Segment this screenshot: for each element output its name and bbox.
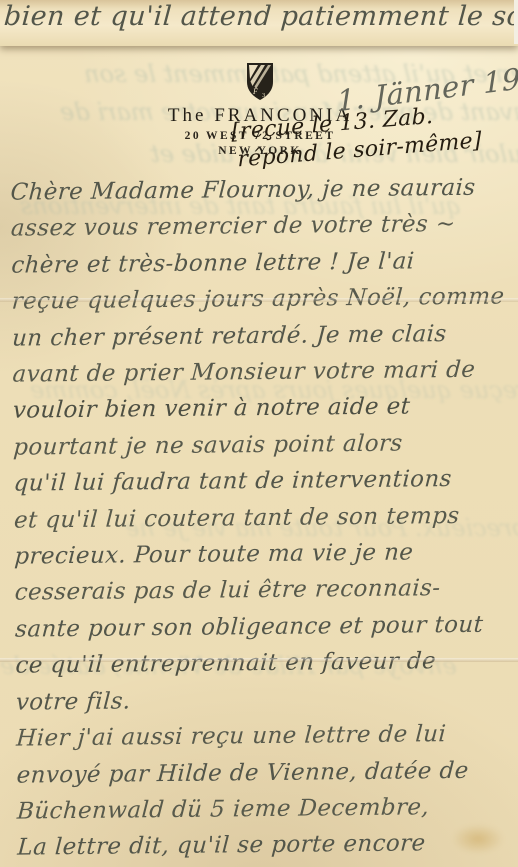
handwritten-line: La lettre dit, qu'il se porte encore xyxy=(16,825,518,867)
letter-body: Chère Madame Flournoy, je ne sauraisasse… xyxy=(10,169,517,866)
franconia-crest-icon: F 3 xyxy=(245,62,275,102)
handwritten-line: vouloir bien venir à notre aide et xyxy=(12,388,514,430)
handwritten-line: precieux. Pour toute ma vie je ne xyxy=(13,533,515,575)
handwritten-line: pourtant je ne savais point alors xyxy=(12,424,514,466)
handwritten-line: qu'il lui faudra tant de interventions xyxy=(13,461,515,503)
letter-page: bien et qu'il attend patiemment le son a… xyxy=(0,46,518,867)
handwritten-overflow-line: bien et qu'il attend patiemment le son xyxy=(3,1,518,32)
handwritten-line: ce qu'il entreprennait en faveur de xyxy=(14,643,516,685)
letter-scan: bien et qu'il attend patiemment le son b… xyxy=(0,0,518,867)
handwritten-line: reçue quelques jours après Noël, comme xyxy=(11,279,513,321)
handwritten-line: Chère Madame Flournoy, je ne saurais xyxy=(10,169,512,211)
handwritten-line: et qu'il lui coutera tant de son temps xyxy=(13,497,515,539)
scan-edge-sliver xyxy=(514,0,518,44)
handwritten-line: cesserais pas de lui être reconnais- xyxy=(14,570,516,612)
svg-text:3: 3 xyxy=(262,92,265,99)
handwritten-line: avant de prier Monsieur votre mari de xyxy=(11,351,513,393)
handwritten-line: un cher présent retardé. Je me clais xyxy=(11,315,513,357)
handwritten-line: Hier j'ai aussi reçu une lettre de lui xyxy=(15,715,517,757)
handwritten-line: sante pour son obligeance et pour tout xyxy=(14,606,516,648)
handwritten-line: assez vous remercier de votre très ~ xyxy=(10,206,512,248)
svg-text:F: F xyxy=(252,87,258,96)
handwritten-line: envoyé par Hilde de Vienne, datée de xyxy=(16,752,518,794)
overlapping-page-strip: bien et qu'il attend patiemment le son xyxy=(0,0,518,46)
handwritten-line: chère et très-bonne lettre ! Je l'ai xyxy=(10,242,512,284)
handwritten-line: votre fils. xyxy=(15,679,517,721)
handwritten-line: Büchenwald dü 5 ieme Decembre, xyxy=(16,788,518,830)
